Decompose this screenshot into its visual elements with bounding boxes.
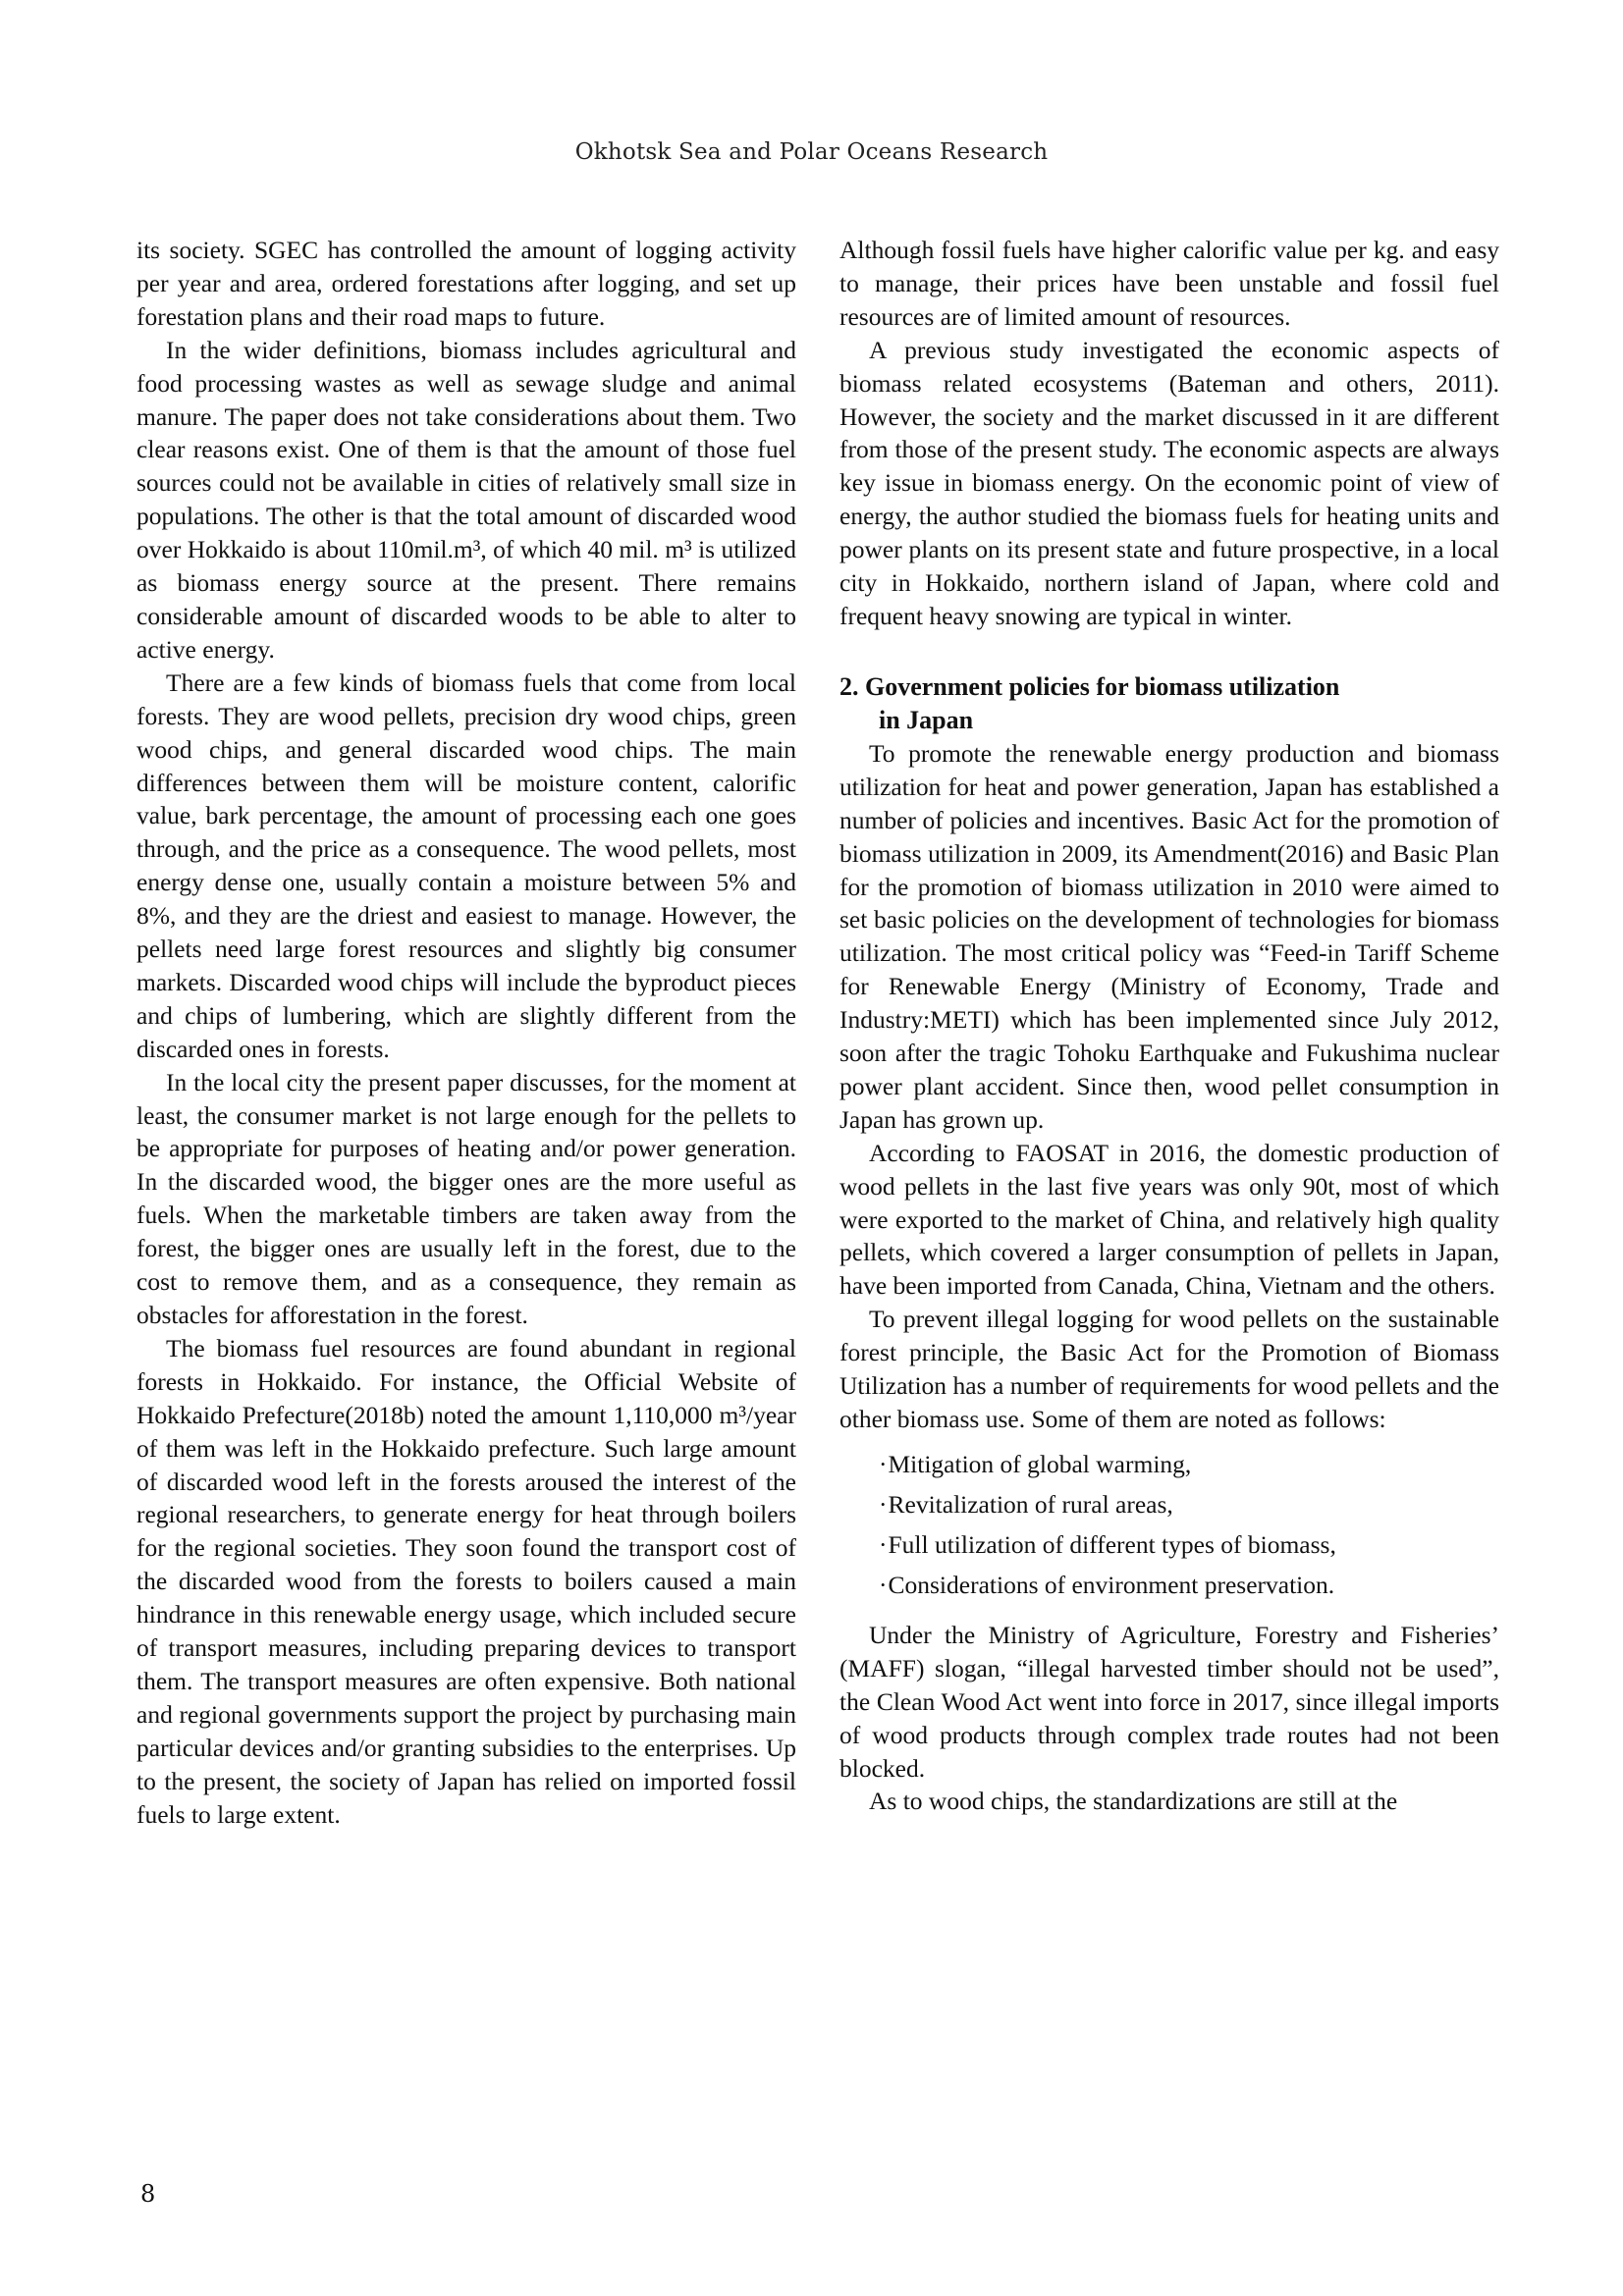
section-heading-line1: 2. Government policies for biomass utili… bbox=[839, 672, 1339, 701]
paragraph-fuel-kinds: There are a few kinds of biomass fuels t… bbox=[136, 667, 796, 1066]
list-item: Mitigation of global warming, bbox=[879, 1444, 1499, 1484]
paragraph-continued: its society. SGEC has controlled the amo… bbox=[136, 234, 796, 334]
left-column: its society. SGEC has controlled the amo… bbox=[136, 234, 796, 1832]
paragraph-local-market: In the local city the present paper disc… bbox=[136, 1066, 796, 1332]
paragraph-clean-wood-act: Under the Ministry of Agriculture, Fores… bbox=[839, 1619, 1499, 1786]
paragraph-illegal-logging: To prevent illegal logging for wood pell… bbox=[839, 1303, 1499, 1436]
list-item: Considerations of environment preservati… bbox=[879, 1565, 1499, 1605]
list-item: Revitalization of rural areas, bbox=[879, 1484, 1499, 1524]
requirements-list: Mitigation of global warming, Revitaliza… bbox=[839, 1444, 1499, 1605]
list-item: Full utilization of different types of b… bbox=[879, 1524, 1499, 1565]
page-number: 8 bbox=[140, 2180, 155, 2208]
section-heading: 2. Government policies for biomass utili… bbox=[839, 670, 1499, 737]
running-header: Okhotsk Sea and Polar Oceans Research bbox=[0, 139, 1623, 165]
paragraph-hokkaido-resources: The biomass fuel resources are found abu… bbox=[136, 1332, 796, 1832]
paragraph-fossil-fuels: Although fossil fuels have higher calori… bbox=[839, 234, 1499, 334]
paragraph-faostat: According to FAOSAT in 2016, the domesti… bbox=[839, 1137, 1499, 1304]
section-heading-line2: in Japan bbox=[839, 704, 1499, 737]
paragraph-policies: To promote the renewable energy producti… bbox=[839, 737, 1499, 1137]
paragraph-previous-study: A previous study investigated the econom… bbox=[839, 334, 1499, 633]
paragraph-biomass-definitions: In the wider definitions, biomass includ… bbox=[136, 334, 796, 667]
right-column: Although fossil fuels have higher calori… bbox=[839, 234, 1499, 1818]
paragraph-wood-chips: As to wood chips, the standardizations a… bbox=[839, 1785, 1499, 1818]
